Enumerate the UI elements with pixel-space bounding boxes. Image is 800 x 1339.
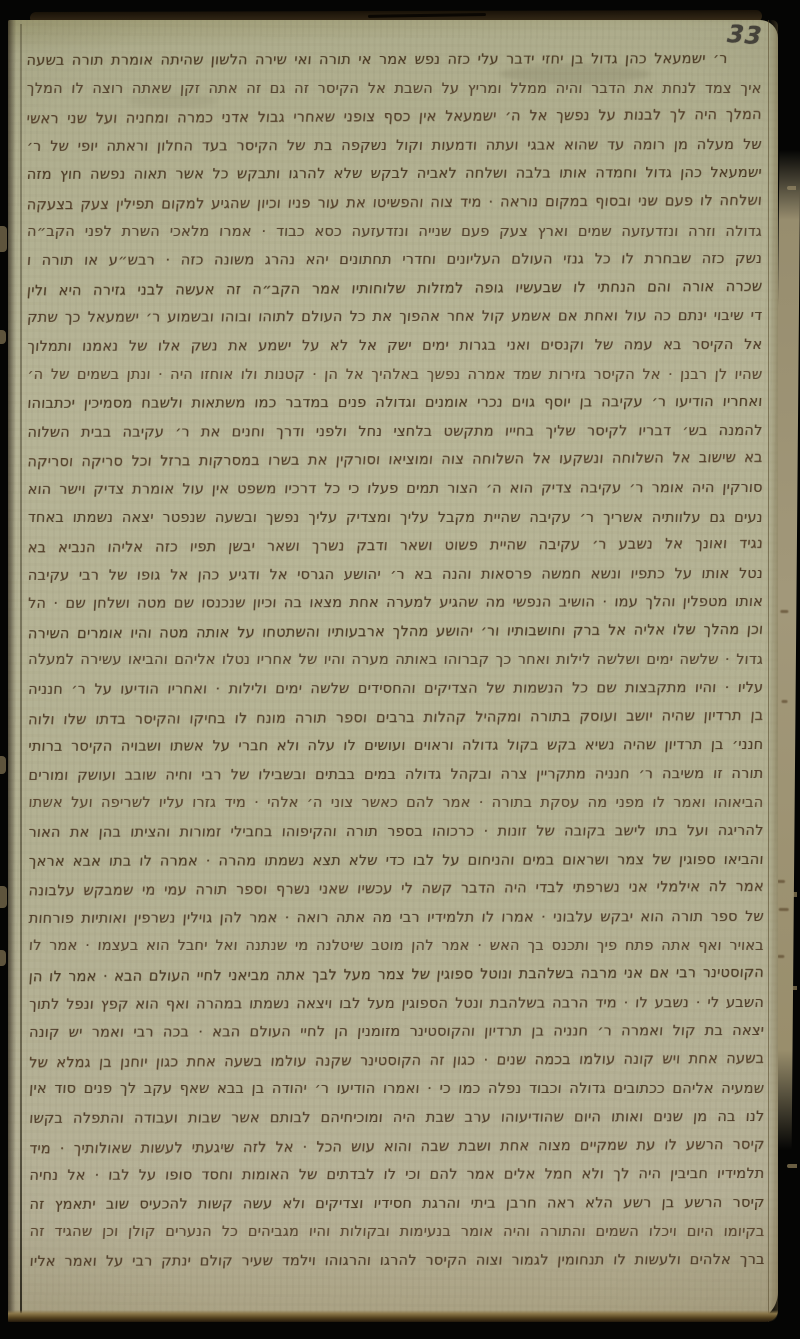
text-line: ברך אלהים ולעשות לו תנחומין לגמור וצוה ה… — [29, 1246, 766, 1277]
text-line: שהיו לן רבנן · אל הקיסר גזירות שמד אמרה … — [26, 361, 763, 390]
ink-bleed-mark — [780, 610, 788, 613]
ink-bleed-mark — [782, 700, 788, 703]
manuscript-page: 33 ר׳ ישמעאל כהן גדול בן יחזי ידבר עלי כ… — [8, 20, 778, 1322]
text-line: יצאה בת קול ואמרה ר׳ חנניה בן תרדיון והק… — [28, 1017, 765, 1048]
text-line: נעים גם עלוותיה אשריך ר׳ עקיבה שהיית מקב… — [27, 503, 764, 532]
text-line: עליו · והיו מתקבצות שם כל הנשמות של הצדי… — [27, 674, 764, 705]
text-line: נגיד ואונך אל נשבע ר׳ עקיבה שהיית פשוט ו… — [26, 530, 764, 563]
text-line: בשעה אחת ויש קונה עולמו בכמה שנים · כגון… — [28, 1045, 766, 1078]
text-line: תלמידיו חביבין היה לך ולא חמל אלים אמר ל… — [28, 1160, 765, 1191]
text-line: איך צמד לנחת את הדבר והיה ממלל ומריץ על … — [26, 75, 763, 104]
page-edge-fragment — [787, 1164, 797, 1168]
ink-bleed-mark — [777, 880, 785, 883]
page-right-edge — [768, 20, 778, 1322]
ink-bleed-mark — [779, 908, 789, 911]
ink-line-mark — [368, 13, 486, 18]
text-line: ואחריו הודיעו ר׳ עקיבה בן יוסף גוים נכרי… — [26, 388, 763, 419]
text-line: אותו מטפלין והלך עמו · הושיב הנפשי מה שה… — [27, 588, 764, 619]
text-line: וכן מהלך שלו אליה אל ברק וחושבותיו ור׳ י… — [27, 616, 765, 649]
page-bottom-edge — [8, 1310, 778, 1322]
text-line: גדולה וזרה ונזדעזעה שמים וארץ צעק פעם שנ… — [26, 218, 763, 247]
text-line: נטל אותו על כתפיו ונשא חמשה פרסאות והנה … — [27, 560, 764, 591]
text-line: גדול · שלשה ימים ושלשה לילות ואחר כך קבר… — [27, 646, 764, 675]
text-line: הביאוהו ואמר לו מפני מה עסקת בתורה · אמר… — [28, 789, 765, 818]
page-edge-fragment — [0, 950, 6, 966]
binding-shadow — [8, 20, 16, 1322]
text-line: ר׳ ישמעאל כהן גדול בן יחזי ידבר עלי כזה … — [25, 45, 762, 76]
text-line: שכרה אורה והם הנחתי לו שבעשיו גופה למזלו… — [26, 273, 764, 306]
text-line: הקוסטינר רבי אם אני מרבה בשלהבת ונוטל ספ… — [28, 959, 766, 992]
text-line: בא שישוב אל השלוחה ונשקעו אל השלוחה צוה … — [26, 444, 764, 477]
text-line: של מעלה מן רומה עד שהוא אבגי ועתה ודמעות… — [26, 131, 763, 162]
text-line: והביאו ספוגין של צמר ושראום במים והניחום… — [28, 846, 765, 877]
text-line: אמר לה אילמלי אני נשרפתי לבדי היה הדבר ק… — [27, 873, 765, 906]
text-line: לנו בה מן שנים ואותו היום שהודיעוהו ערב … — [28, 1103, 765, 1134]
text-line: תורה זו משיבה ר׳ חנניה מתקריין צרה ובקהל… — [27, 760, 764, 791]
text-line: סורקין היה אומר ר׳ עקיבה צדיק הוא ה׳ הצו… — [27, 474, 764, 505]
text-line: להמנה בש׳ דבריו לקיסר שליך בחייו מתקשט ב… — [26, 417, 763, 448]
page-edge-fragment — [0, 330, 6, 344]
text-line: של ספר תורה הוא יבקש עלבוני · אמרו לו תל… — [28, 903, 765, 934]
text-line: ושלחה לו פעם שני ובסוף במקום נוראה · מיד… — [26, 187, 764, 220]
text-line: די שיבוי ינתם כה עול ואחת אם אשמע קול אח… — [26, 302, 763, 333]
text-line: שמעיה אליהם ככתובים גדולה וכבוד נפלה כמו… — [28, 1075, 765, 1104]
text-line: חנני׳ בן תרדיון שהיה נשיא בקש בקול גדולה… — [27, 731, 764, 762]
manuscript-photo: 33 ר׳ ישמעאל כהן גדול בן יחזי ידבר עלי כ… — [0, 0, 800, 1339]
text-block: ר׳ ישמעאל כהן גדול בן יחזי ידבר עלי כזה … — [26, 45, 764, 1276]
text-line: באויר ואף אתה פתח פיך ותכנס בך האש · אמר… — [28, 932, 765, 961]
text-line: המלך היה לך לבנות על נפשך אל ה׳ ישמעאל א… — [25, 101, 763, 134]
page-edge-fragment — [0, 756, 6, 774]
page-edge-fragment — [0, 226, 7, 252]
text-line: להריגה ועל בתו לישב בקובה של זונות · כרכ… — [27, 817, 764, 848]
text-line: אל הקיסר בא עמה של וקנסים ואני בגרות ימי… — [26, 331, 763, 362]
text-line: השבע לי · נשבע לו · מיד הרבה בשלהבת ונטל… — [28, 989, 765, 1020]
text-line: ישמעאל כהן גדול וחמדה אותו בלבה ושלחה לא… — [26, 159, 763, 190]
text-line: קיסר הרשע בן רשע הלא ראה חרבן ביתי והרגת… — [28, 1189, 765, 1220]
ink-bleed-mark — [777, 955, 784, 958]
text-line: נשק כזה שבחרת לו כל גנזי העולם העליונים … — [26, 245, 763, 276]
text-line: קיסר הרשע לו עת שמקיים מצוה אחת ושבת שבה… — [28, 1130, 766, 1163]
text-line: בן תרדיון שהיה יושב ועוסק בתורה ומקהיל ק… — [27, 701, 765, 734]
text-line: בקיומו היום ויכלו השמים והתורה והיה אומר… — [29, 1218, 766, 1247]
margin-rule-line — [20, 24, 22, 1314]
page-edge-fragment — [0, 886, 7, 908]
